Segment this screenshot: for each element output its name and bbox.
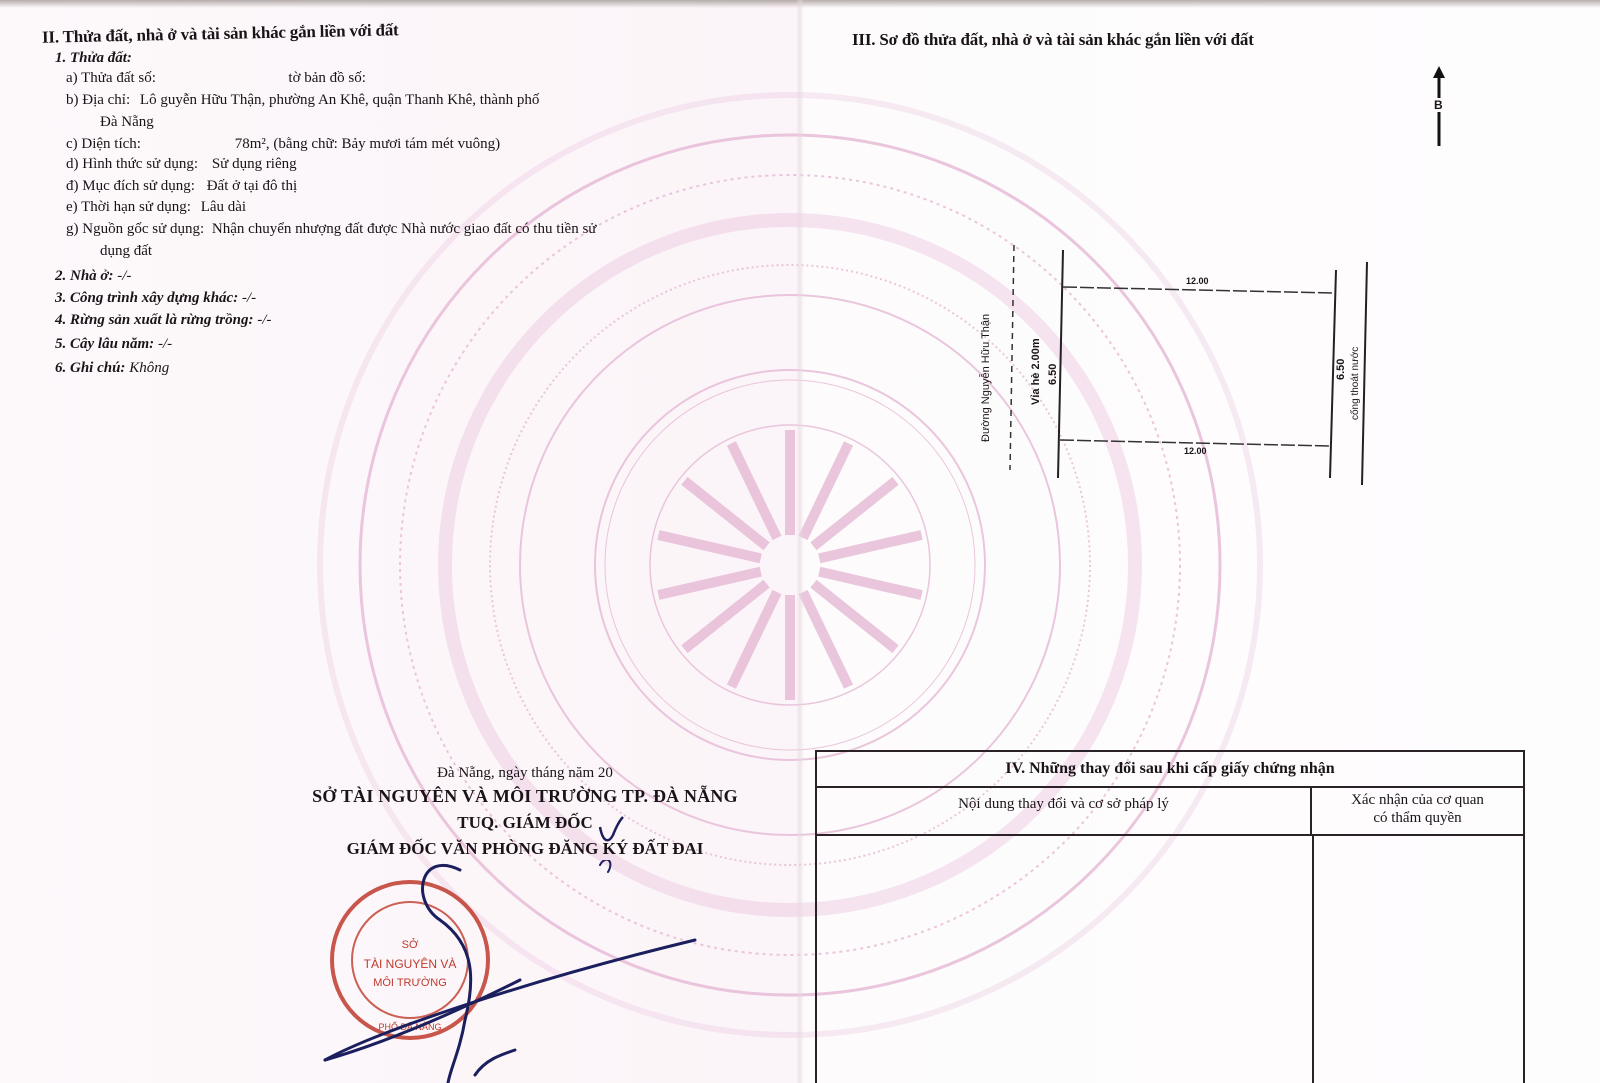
map-sheet-label: tờ bản đồ số: (288, 70, 366, 86)
area-value: 78m², (bằng chữ: Bảy mươi tám mét vuông) (235, 136, 500, 152)
usage-form-row: d) Hình thức sử dụng: Sử dụng riêng (66, 156, 297, 173)
changes-table-body (817, 836, 1523, 1083)
section-iv-title: IV. Những thay đổi sau khi cấp giấy chứn… (817, 752, 1523, 788)
origin-label: g) Nguồn gốc sử dụng: (66, 221, 204, 237)
other-asset-value: Không (129, 360, 169, 376)
right-dimension: 6.50 (1335, 359, 1347, 380)
svg-text:SỞ: SỞ (402, 938, 419, 951)
changes-table-header: Nội dung thay đổi và cơ sở pháp lý Xác n… (817, 788, 1523, 836)
initial-mark-icon (595, 815, 625, 847)
column-header-confirmation: Xác nhận của cơ quan có thẩm quyền (1312, 788, 1523, 834)
origin-value-cont: dụng đất (100, 243, 152, 260)
land-header: 1. Thửa đất: (55, 50, 132, 67)
issuing-authority: SỞ TÀI NGUYÊN VÀ MÔI TRƯỜNG TP. ĐÀ NẴNG (290, 786, 760, 807)
issue-date: Đà Nẵng, ngày tháng năm 20 (290, 765, 760, 782)
official-seal-and-signature: SỞ TÀI NGUYÊN VÀ MÔI TRƯỜNG PHỐ ĐÀ NẴNG (300, 860, 720, 1083)
area-row: c) Diện tích: 78m², (bằng chữ: Bảy mươi … (66, 136, 500, 153)
other-asset-row: 4. Rừng sản xuất là rừng trồng: -/- (55, 312, 271, 329)
drain-label: cống thoát nước (1350, 347, 1361, 420)
address-value: Lô guyễn Hữu Thận, phường An Khê, quận T… (140, 92, 539, 108)
usage-purpose-value: Đất ở tại đô thị (207, 178, 297, 194)
street-label: Đường Nguyễn Hữu Thận (980, 314, 992, 442)
other-asset-label: 5. Cây lâu năm: (55, 336, 158, 352)
north-label: B (1434, 98, 1443, 112)
origin-value: Nhận chuyển nhượng đất được Nhà nước gia… (212, 221, 597, 237)
svg-text:MÔI TRƯỜNG: MÔI TRƯỜNG (373, 976, 447, 989)
other-asset-label: 2. Nhà ở: (55, 268, 117, 284)
address-label: b) Địa chỉ: (66, 92, 130, 108)
top-dimension: 12.00 (1186, 276, 1209, 286)
address-value-cont: Đà Nẵng (100, 114, 154, 131)
usage-form-value: Sử dụng riêng (212, 156, 297, 172)
usage-term-label: e) Thời hạn sử dụng: (66, 199, 191, 215)
parcel-number-label: a) Thửa đất số: (66, 70, 156, 86)
usage-term-row: e) Thời hạn sử dụng: Lâu dài (66, 199, 246, 216)
changes-table: IV. Những thay đổi sau khi cấp giấy chứn… (815, 750, 1525, 1083)
column-header-confirmation-line1: Xác nhận của cơ quan (1312, 791, 1523, 809)
red-seal-icon: SỞ TÀI NGUYÊN VÀ MÔI TRƯỜNG PHỐ ĐÀ NẴNG (332, 882, 488, 1038)
section-iii-title: III. Sơ đồ thửa đất, nhà ở và tài sản kh… (852, 30, 1254, 50)
parcel-number-row: a) Thửa đất số: tờ bản đồ số: (66, 70, 366, 87)
area-label: c) Diện tích: (66, 136, 231, 153)
changes-content-cell (817, 836, 1314, 1083)
usage-purpose-row: đ) Mục đích sử dụng: Đất ở tại đô thị (66, 178, 297, 195)
left-dimension: 6.50 (1047, 364, 1059, 385)
page-fold (796, 0, 804, 1083)
other-asset-row: 2. Nhà ở: -/- (55, 268, 131, 285)
other-asset-row: 5. Cây lâu năm: -/- (55, 336, 172, 353)
origin-row: g) Nguồn gốc sử dụng: Nhận chuyển nhượng… (66, 221, 596, 238)
column-header-content: Nội dung thay đổi và cơ sở pháp lý (817, 788, 1312, 834)
other-asset-label: 6. Ghi chú: (55, 360, 129, 376)
other-asset-row: 3. Công trình xây dựng khác: -/- (55, 290, 256, 307)
other-asset-row: 6. Ghi chú: Không (55, 360, 169, 377)
other-asset-label: 4. Rừng sản xuất là rừng trồng: (55, 312, 257, 328)
other-asset-value: -/- (257, 312, 271, 328)
address-row: b) Địa chỉ: Lô guyễn Hữu Thận, phường An… (66, 92, 539, 109)
changes-confirmation-cell (1314, 836, 1523, 1083)
director-title: GIÁM ĐỐC VĂN PHÒNG ĐĂNG KÝ ĐẤT ĐAI (290, 839, 760, 859)
svg-text:TÀI NGUYÊN VÀ: TÀI NGUYÊN VÀ (364, 956, 457, 971)
other-asset-label: 3. Công trình xây dựng khác: (55, 290, 242, 306)
signature-stroke-icon (325, 860, 695, 1083)
column-header-confirmation-line2: có thẩm quyền (1312, 809, 1523, 827)
signature-block: Đà Nẵng, ngày tháng năm 20 SỞ TÀI NGUYÊN… (290, 765, 760, 859)
other-asset-value: -/- (117, 268, 131, 284)
other-asset-value: -/- (158, 336, 172, 352)
usage-form-label: d) Hình thức sử dụng: (66, 156, 198, 172)
usage-purpose-label: đ) Mục đích sử dụng: (66, 178, 195, 194)
tuq-title: TUQ. GIÁM ĐỐC (290, 813, 760, 833)
other-asset-value: -/- (242, 290, 256, 306)
sidewalk-label: Vỉa hè 2.00m (1030, 338, 1042, 405)
bottom-dimension: 12.00 (1184, 446, 1207, 456)
usage-term-value: Lâu dài (201, 199, 246, 215)
